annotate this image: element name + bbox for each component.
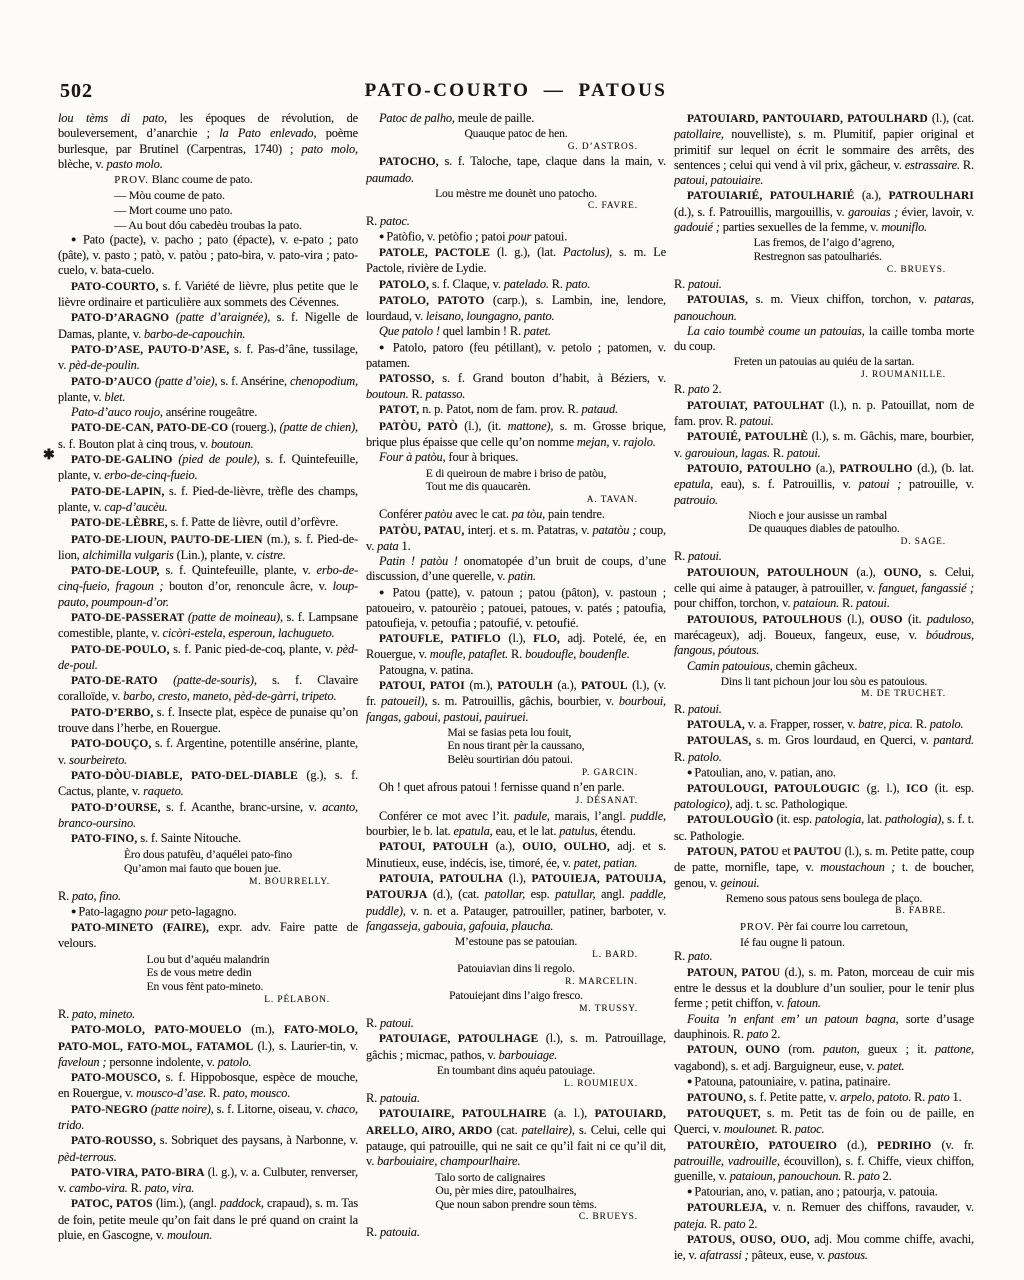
italic-term: pauton, (823, 1042, 859, 1056)
italic-term: pato (858, 1169, 879, 1183)
small-caps-text: L. ROUMIEUX. (564, 1079, 638, 1089)
headword: PATO-DE-LAPIN, (71, 486, 165, 498)
headword: PATOUS, OUSO, OUO, (687, 1234, 810, 1246)
headword: PATO-DE-CAN, PATO-DE-CO (71, 422, 228, 434)
italic-term: pour (145, 905, 168, 919)
headword: PATO-DE-LOUP, (71, 565, 160, 577)
small-caps-text: P. GARCIN. (582, 768, 638, 778)
headword: PATO-DÒU-DIABLE, PATO-DEL-DIABLE (71, 770, 298, 782)
headword: PATOULH (497, 680, 552, 692)
verse-line: Èro dous patufèu, d’aquélei pato-fino (124, 848, 292, 862)
headword: PATROULHARI (889, 190, 974, 202)
italic-term: patouia. (380, 1225, 420, 1239)
headword: PATOUIARIÉ, PATOULHARIÉ (687, 190, 854, 202)
italic-term: pato (724, 1217, 745, 1231)
headword: PATOT, (379, 404, 419, 416)
quote-attribution: C. BRUEYS. (366, 1211, 666, 1223)
italic-term: pato molo, (301, 142, 358, 156)
headword: PATOUIAS, (687, 294, 748, 306)
dictionary-entry: PATOUFLE, PATIFLO (l.), FLO, adj. Potelé… (366, 631, 666, 663)
italic-term: paumado. (366, 171, 414, 185)
italic-term: patoc. (795, 1122, 825, 1136)
italic-term: mejan, (577, 435, 609, 449)
headword: PATOULOUGÌO (687, 814, 773, 826)
verse-line: Dins li tant pichoun jour lou sòu es pat… (721, 675, 927, 689)
quote-attribution: L. BARD. (366, 949, 666, 961)
example-phrase: Patoc de palho, meule de paille. (366, 111, 666, 126)
verse-line: Quauque patoc de hen. (464, 127, 567, 141)
verse-quote: Lou but d’aquéu malandrinEs de vous metr… (147, 953, 270, 994)
quote-attribution: A. TAVAN. (366, 494, 666, 506)
italic-term: puddle, (630, 809, 666, 823)
italic-term: pato (688, 382, 709, 396)
proverb-line: — Au bout dóu cabedèu troubas la pato. (114, 218, 302, 233)
italic-term: boutoun. (211, 437, 254, 451)
verse-line: Freten un patouias au quiéu de la sartan… (734, 355, 915, 369)
etymology-note: R. patoui. (674, 702, 974, 717)
dictionary-entry: PATOUIARD, PANTOUIARD, PATOULHARD (l.), … (674, 111, 974, 188)
italic-term: (patte de moineau), (188, 610, 283, 624)
dictionary-entry: PATOSSO, s. f. Grand bouton d’habit, à B… (366, 371, 666, 403)
italic-term: barbo-de-capouchin. (144, 327, 245, 341)
italic-term: pato. (688, 949, 712, 963)
small-caps-text: L. BARD. (592, 950, 638, 960)
dictionary-entry: PATOUN, OUNO (rom. pauton, gueux ; it. p… (674, 1042, 974, 1074)
verse-line: E di queiroun de mabre i briso de patòu, (426, 467, 606, 481)
text-columns: lou tèms di pato, les époques de révolut… (58, 111, 974, 1273)
dictionary-entry: PATO-DE-CAN, PATO-DE-CO (rouerg.), (patt… (58, 420, 358, 452)
quote-attribution: C. BRUEYS. (674, 264, 974, 276)
headword: PATOUIO, PATOULHO (687, 463, 811, 475)
headword: PATOUNO, (687, 1092, 746, 1104)
verse-quote: Remeno sous patous sens boulega de plaço… (726, 892, 922, 906)
italic-term: faveloun ; (58, 1055, 106, 1069)
italic-term: patolo. (930, 717, 964, 731)
dictionary-entry: PATO-DE-LIOUN, PAUTO-DE-LIEN (m.), s. f.… (58, 532, 358, 564)
text-paragraph: Conférer patòu avec le cat. pa tòu, pain… (366, 507, 666, 522)
italic-term: Patoc de palho, (379, 111, 455, 125)
headword: PATOLO, (379, 279, 429, 291)
cross-reference-note: ● Pato-lagagno pour peto-lagagno. (58, 904, 358, 920)
dictionary-entry: PATO-MOLO, PATO-MOUELO (m.), FATO-MOLO, … (58, 1022, 358, 1070)
italic-term: pèd-terrous. (58, 1150, 117, 1164)
dictionary-entry: PATO-NEGRO (patte noire), s. f. Litorne,… (58, 1102, 358, 1134)
verse-line: En toumbant dins aquéu patouiage. (437, 1064, 595, 1078)
italic-term: patollar, (485, 887, 525, 901)
italic-term: pateja. (674, 1217, 707, 1231)
dictionary-entry: PATOUIOUS, PATOULHOUS (l.), OUSO (it. pa… (674, 612, 974, 659)
headword: PATO-DE-PASSERAT (71, 612, 188, 624)
headword: PATO-DE-POULO, (71, 644, 170, 656)
italic-term: padule, (514, 809, 550, 823)
italic-term: patoui. (787, 446, 821, 460)
quote-attribution: R. MARCELIN. (366, 976, 666, 988)
small-caps-text: C. BRUEYS. (887, 265, 946, 275)
headword: PATOUIAIRE, PATOULHAIRE (379, 1108, 547, 1120)
headword: PATO-VIRA, PATO-BIRA (71, 1167, 205, 1179)
headword: FLO, (533, 633, 560, 645)
headword: PATO-D’OURSE, (71, 802, 161, 814)
italic-term: patrouille, vadrouille, (674, 1154, 780, 1168)
italic-term: cap-d’aucèu. (104, 500, 167, 514)
italic-term: patoui, patouiaire. (674, 173, 763, 187)
etymology-note: R. patouia. (366, 1091, 666, 1106)
headword: PATOUN, PATOU (687, 846, 779, 858)
headword: OUSO (870, 614, 903, 626)
headword: PATOUIOUS, PATOULHOUS (687, 614, 842, 626)
verse-quote: Patouiejant dins l’aigo fresco. (449, 989, 583, 1003)
headword: PATOC, PATOS (71, 1198, 153, 1210)
verse-line: De quauques diables de patoulho. (748, 522, 899, 536)
dictionary-entry: PATO-DE-LÈBRE, s. f. Patte de lièvre, ou… (58, 515, 358, 531)
verse-line: En vous fènt pato-mineto. (147, 980, 270, 994)
headword: ICO (906, 783, 928, 795)
dictionary-entry: PATOUI, PATOULH (a.), OUIO, OULHO, adj. … (366, 839, 666, 871)
verse-quote: Talo sorto de calignairesOu, pèr mies di… (435, 1171, 596, 1212)
italic-term: fatoun. (787, 996, 821, 1010)
italic-term: pataud. (582, 402, 618, 416)
italic-term: barbouiaire, champourlhaire. (377, 1154, 520, 1168)
example-phrase: Pato-d’auco roujo, ansérine rougeâtre. (58, 405, 358, 420)
verse-line: Es de vous metre dedin (147, 966, 270, 980)
dictionary-entry: PATO-DE-LOUP, s. f. Quintefeuille, plant… (58, 563, 358, 610)
proverb-line: — Mort coume uno pato. (114, 203, 302, 218)
italic-term: chenopodium, (290, 374, 358, 388)
italic-term: fangasseja, gabouia, gafouia, plaucha. (366, 919, 553, 933)
verse-line: En nous tirant pèr la caussano, (447, 739, 584, 753)
verse-line: Qu’amon mai fauto que bouen jue. (124, 862, 292, 876)
verse-quote: Mai se fasias peta lou fouit,En nous tir… (447, 726, 584, 767)
dictionary-entry: PATOUN, PATOU et PAUTOU (l.), s. m. Peti… (674, 844, 974, 891)
italic-term: boutoun. (366, 387, 409, 401)
headword: PATO-DE-LÈBRE, (71, 517, 168, 529)
italic-term: patet, patian. (574, 856, 638, 870)
small-caps-text: M. BOURRELLY. (249, 877, 330, 887)
etymology-note: R. pato. (674, 949, 974, 964)
quote-attribution: M. DE TRUCHET. (674, 688, 974, 700)
italic-term: patoui. (740, 414, 774, 428)
quote-attribution: L. PÉLABON. (58, 994, 358, 1006)
italic-term: pattone, (935, 1042, 974, 1056)
italic-term: patoc. (380, 214, 410, 228)
dictionary-entry: PATO-D’AUCO (patte d’oie), s. f. Ansérin… (58, 374, 358, 406)
quote-attribution: L. ROUMIEUX. (366, 1078, 666, 1090)
margin-asterisk: ✱ (43, 447, 55, 464)
dictionary-entry: PATO-D’ARAGNO (patte d’araignée), s. f. … (58, 310, 358, 342)
italic-term: (patte d’oie), (155, 374, 218, 388)
italic-term: pata (377, 539, 398, 553)
quote-attribution: D. SAGE. (674, 536, 974, 548)
italic-term: pasto molo. (106, 157, 162, 171)
italic-term: pataioun, panouchoun. (730, 1169, 841, 1183)
italic-term: mouniflo. (881, 220, 927, 234)
italic-term: mattone), (508, 419, 554, 433)
headword: PATOUIOUN, PATOULHOUN (687, 567, 848, 579)
italic-term: Pactolus), (563, 245, 612, 259)
verse-quote: E di queiroun de mabre i briso de patòu,… (426, 467, 606, 494)
italic-term: pathologia), (885, 812, 944, 826)
verse-line: Que noun sabon prendre soun tèms. (435, 1198, 596, 1212)
dictionary-page: 502 PATO-COURTO — PATOUS ✱ lou tèms di p… (0, 0, 1024, 1280)
quote-attribution: P. GARCIN. (366, 767, 666, 779)
verse-quote: Patouiavian dins li regolo. (457, 962, 575, 976)
verse-quote: Lou mèstre me dounèt uno patocho. (435, 187, 597, 201)
italic-term: pato (928, 1090, 949, 1104)
verse-line: Remeno sous patous sens boulega de plaço… (726, 892, 922, 906)
headword: PATO-COURTO, (71, 281, 159, 293)
dictionary-entry: PATOLE, PACTOLE (l. g.), (lat. Pactolus)… (366, 245, 666, 277)
verse-line: Talo sorto de calignaires (435, 1171, 596, 1185)
dictionary-entry: PATOURÈIO, PATOUEIRO (d.), PEDRIHO (v. f… (674, 1138, 974, 1185)
verse-quote: Quauque patoc de hen. (464, 127, 567, 141)
headword: PATOUIA, PATOULHA (379, 873, 503, 885)
italic-term: patoui. (380, 1016, 414, 1030)
cross-reference-note: ● Patoulian, ano, v. patian, ano. (674, 765, 974, 781)
cross-reference-note: ● Patolo, patoro (feu pétillant), v. pet… (366, 340, 666, 371)
italic-term: moustachoun ; (820, 860, 895, 874)
dictionary-entry: PATOLO, PATOTO (carp.), s. Lambin, ine, … (366, 293, 666, 325)
verse-quote: Las fremos, de l’aigo d’agreno,Restregno… (754, 236, 895, 263)
italic-term: (patte-de-souris), (173, 673, 257, 687)
italic-term: (patte d’araignée), (176, 310, 270, 324)
italic-term: estrassaire. (905, 158, 960, 172)
italic-term: patin. (508, 569, 536, 583)
cross-reference-note: ● Patòfio, v. petòfio ; patoi pour patou… (366, 229, 666, 245)
headword: PATO-DE-LIOUN, PAUTO-DE-LIEN (71, 534, 263, 546)
headword: PATO-DE-GALINO (71, 454, 178, 466)
dictionary-entry: PATOULOUGI, PATOULOUGIC (g. l.), ICO (it… (674, 781, 974, 813)
headword: PATOUIÉ, PATOULHÈ (687, 431, 808, 443)
example-phrase: Fouita ’n enfant em’ un patoun bagna, so… (674, 1012, 974, 1043)
proverb-line: PROV. Pèr fai courre lou carretoun, (740, 919, 908, 935)
small-caps-text: PROV. (114, 174, 149, 186)
dictionary-entry: PATO-FINO, s. f. Sainte Nitouche. (58, 831, 358, 847)
small-caps-text: C. BRUEYS. (579, 1212, 638, 1222)
italic-term: Pato-d’auco roujo, (71, 405, 163, 419)
dictionary-entry: PATOULA, v. a. Frapper, rosser, v. batre… (674, 717, 974, 733)
italic-term: afatrassi ; (700, 1248, 749, 1262)
dictionary-entry: PATOUNO, s. f. Petite patte, v. arpelo, … (674, 1090, 974, 1106)
column-3: PATOUIARD, PANTOUIARD, PATOULHARD (l.), … (674, 111, 974, 1273)
example-phrase: Four à patòu, four à briques. (366, 450, 666, 465)
italic-term: pèd-de-poulin. (69, 358, 140, 372)
bullet-glyph: ● (379, 342, 393, 352)
small-caps-text: A. TAVAN. (587, 495, 638, 505)
column-1: lou tèms di pato, les époques de révolut… (58, 111, 358, 1273)
dictionary-entry: PATÒU, PATAU, interj. et s. m. Patatras,… (366, 523, 666, 555)
example-phrase: Camin patouious, chemin gâcheux. (674, 659, 974, 674)
dictionary-entry: PATOUI, PATOI (m.), PATOULH (a.), PATOUL… (366, 678, 666, 725)
dictionary-entry: PATO-COURTO, s. f. Variété de lièvre, pl… (58, 279, 358, 311)
quote-attribution: J. DÉSANAT. (366, 795, 666, 807)
italic-term: erbo-de-cinq-fueio. (104, 468, 197, 482)
italic-term: Que patolo ! (379, 324, 440, 338)
small-caps-text: L. PÉLABON. (264, 995, 330, 1005)
dictionary-entry: PATO-D’ASE, PAUTO-D’ASE, s. f. Pas-d’âne… (58, 342, 358, 374)
italic-term: patologia, (815, 812, 864, 826)
page-header: 502 PATO-COURTO — PATOUS (58, 80, 974, 106)
quote-attribution: B. FABRE. (674, 905, 974, 917)
verse-quote: M’estoune pas se patouian. (455, 935, 577, 949)
headword: PATOUL (581, 680, 627, 692)
cross-reference-note: ● Patouna, patouniaire, v. patina, patin… (674, 1074, 974, 1090)
italic-term: rajolo. (623, 435, 655, 449)
headword: PATO-NEGRO (71, 1104, 151, 1116)
italic-term: patolo. (218, 1055, 252, 1069)
italic-term: patòu (425, 507, 452, 521)
verse-quote: Nioch e jour ausisse un rambalDe quauque… (748, 509, 899, 536)
italic-term: Four à patòu, (379, 450, 446, 464)
italic-term: (patte noire), (151, 1102, 214, 1116)
quote-attribution: M. BOURRELLY. (58, 876, 358, 888)
italic-term: lou tèms di pato, (58, 111, 167, 125)
headword: PATOUQUET, (687, 1108, 761, 1120)
quote-attribution: C. FAVRE. (366, 200, 666, 212)
italic-term: patelado. (504, 277, 549, 291)
italic-term: barbouiage. (499, 1048, 558, 1062)
italic-term: pato. (566, 277, 590, 291)
dictionary-entry: PATOUIAGE, PATOULHAGE (l.), s. m. Patrou… (366, 1031, 666, 1063)
italic-term: epatula, (674, 477, 713, 491)
etymology-note: R. patoui. (674, 549, 974, 564)
headword: PATOUN, OUNO (687, 1044, 780, 1056)
headword: PATO-D’ERBO, (71, 707, 153, 719)
italic-term: Camin patouious, (687, 659, 773, 673)
italic-term: (pied de poule), (178, 452, 259, 466)
headword: PATOUI, PATOULH (379, 841, 488, 853)
italic-term: gadouié ; (674, 220, 720, 234)
quote-attribution: J. ROUMANILLE. (674, 369, 974, 381)
italic-term: patologico), (674, 797, 732, 811)
italic-term: pato, fino. (72, 889, 121, 903)
dictionary-entry: PATOLO, s. f. Claque, v. patelado. R. pa… (366, 277, 666, 293)
dictionary-entry: PATOUIO, PATOULHO (a.), PATROULHO (d.), … (674, 461, 974, 508)
quote-attribution: M. TRUSSY. (366, 1003, 666, 1015)
running-title: PATO-COURTO — PATOUS (58, 80, 974, 102)
small-caps-text: M. TRUSSY. (579, 1004, 638, 1014)
italic-term: patatòu ; (593, 523, 637, 537)
italic-term: paduloso, (927, 612, 974, 626)
italic-term: patoui. (856, 596, 890, 610)
etymology-note: R. patoc. (366, 214, 666, 229)
text-paragraph: lou tèms di pato, les époques de révolut… (58, 111, 358, 172)
verse-line: M’estoune pas se patouian. (455, 935, 577, 949)
small-caps-text: J. DÉSANAT. (576, 796, 638, 806)
verse-line: Ou, pèr mies dire, patoulhaires, (435, 1184, 596, 1198)
headword: PATOUN, PATOU (687, 967, 780, 979)
bullet-glyph: ● (379, 587, 393, 597)
verse-line: Nioch e jour ausisse un rambal (748, 509, 899, 523)
italic-term: paddock, (220, 1196, 264, 1210)
headword: PATO-MOUSCO, (71, 1072, 160, 1084)
small-caps-text: PROV. (740, 921, 775, 933)
dictionary-entry: PATOUQUET, s. m. Petit tas de foin ou de… (674, 1106, 974, 1138)
verse-line: Belèu sourtirian dóu patoui. (447, 753, 584, 767)
italic-term: (patte de chien), (280, 420, 359, 434)
italic-term: moulounet. (724, 1122, 778, 1136)
dictionary-entry: PATOT, n. p. Patot, nom de fam. prov. R.… (366, 402, 666, 418)
headword: PATO-DOUÇO, (71, 738, 151, 750)
dictionary-entry: PATO-D’ERBO, s. f. Insecte plat, espèce … (58, 705, 358, 737)
headword: PAUTOU (794, 846, 842, 858)
italic-term: alchimilla vulgaris (83, 548, 174, 562)
headword: OUIO, OULHO, (522, 841, 610, 853)
italic-term: pantard. (933, 733, 974, 747)
verse-line: Restregnon sas patoulhariés. (754, 250, 895, 264)
dictionary-entry: PATOUIAS, s. m. Vieux chiffon, torchon, … (674, 292, 974, 324)
italic-term: patoui ; (859, 477, 902, 491)
italic-term: cistre. (257, 548, 286, 562)
italic-term: la Pato enlevado, (219, 126, 316, 140)
italic-term: patrouio. (674, 493, 718, 507)
etymology-note: R. patoui. (674, 277, 974, 292)
proverb-block: PROV. Pèr fai courre lou carretoun,Ié fa… (740, 919, 908, 950)
italic-term: patoueil), (381, 694, 427, 708)
verse-line: Mai se fasias peta lou fouit, (447, 726, 584, 740)
headword: PATOLO, PATOTO (379, 295, 484, 307)
italic-term: pato, vira. (145, 1181, 195, 1195)
headword: PATOSSO, (379, 373, 434, 385)
italic-term: patoui. (688, 277, 722, 291)
italic-term: geinoui. (721, 876, 760, 890)
text-paragraph: Patin ! patòu ! onomatopée d’un bruit de… (366, 554, 666, 585)
proverb-block: PROV. Blanc coume de pato.— Mòu coume de… (114, 172, 302, 232)
example-phrase: Que patolo ! quel lambin ! R. patet. (366, 324, 666, 339)
italic-term: fanguet, fangassié ; (879, 581, 974, 595)
dictionary-entry: PATO-DE-POULO, s. f. Panic pied-de-coq, … (58, 642, 358, 674)
verse-quote: Èro dous patufèu, d’aquélei pato-finoQu’… (124, 848, 292, 875)
italic-term: mousco-d’ase. (136, 1086, 206, 1100)
verse-quote: Dins li tant pichoun jour lou sòu es pat… (721, 675, 927, 689)
italic-term: epatula, (454, 824, 493, 838)
verse-quote: En toumbant dins aquéu patouiage. (437, 1064, 595, 1078)
dictionary-entry: PATO-MINETO (FAIRE), expr. adv. Faire pa… (58, 920, 358, 952)
dictionary-entry: PATOUIAT, PATOULHAT (l.), n. p. Patouill… (674, 398, 974, 430)
column-2: Patoc de palho, meule de paille.Quauque … (366, 111, 666, 1273)
verse-line: Patouiavian dins li regolo. (457, 962, 575, 976)
italic-term: cambo-vira. (69, 1181, 128, 1195)
small-caps-text: G. D’ASTROS. (568, 142, 638, 152)
dictionary-entry: PATOUS, OUSO, OUO, adj. Mou comme chiffe… (674, 1232, 974, 1264)
verse-line: Las fremos, de l’aigo d’agreno, (754, 236, 895, 250)
dictionary-entry: PATOULAS, s. m. Gros lourdaud, en Querci… (674, 733, 974, 765)
italic-term: pastous. (828, 1248, 868, 1262)
italic-term: arpelo, patoto. (840, 1090, 911, 1104)
italic-term: Fouita ’n enfant em’ un patoun bagna, (687, 1012, 899, 1026)
etymology-note: R. pato, mineto. (58, 1007, 358, 1022)
italic-term: patouia. (380, 1091, 420, 1105)
headword: PATO-MOLO, PATO-MOUELO (71, 1024, 242, 1036)
text-paragraph: Conférer ce mot avec l’it. padule, marai… (366, 809, 666, 840)
dictionary-entry: PATO-DOUÇO, s. f. Argentine, potentille … (58, 736, 358, 768)
verse-quote: Freten un patouias au quiéu de la sartan… (734, 355, 915, 369)
italic-term: patolo. (688, 750, 722, 764)
dictionary-entry: PATOCHO, s. f. Taloche, tape, claque dan… (366, 154, 666, 186)
small-caps-text: B. FABRE. (895, 906, 946, 916)
dictionary-entry: PATO-DE-RATO (patte-de-souris), s. f. Cl… (58, 673, 358, 705)
italic-term: cicòri-estela, esperoun, lachugueto. (162, 626, 334, 640)
italic-term: patullar, (555, 887, 595, 901)
dictionary-entry: PATO-MOUSCO, s. f. Hippobosque, espèce d… (58, 1070, 358, 1102)
text-paragraph: Patougna, v. patina. (366, 663, 666, 678)
verse-line: Patouiejant dins l’aigo fresco. (449, 989, 583, 1003)
small-caps-text: C. FAVRE. (588, 201, 638, 211)
headword: PATOULA, (687, 719, 745, 731)
italic-term: blet. (104, 390, 125, 404)
italic-term: moufle, pataflet. (430, 647, 508, 661)
headword: PATOUI, PATOI (379, 680, 465, 692)
headword: PATOULAS, (687, 735, 751, 747)
